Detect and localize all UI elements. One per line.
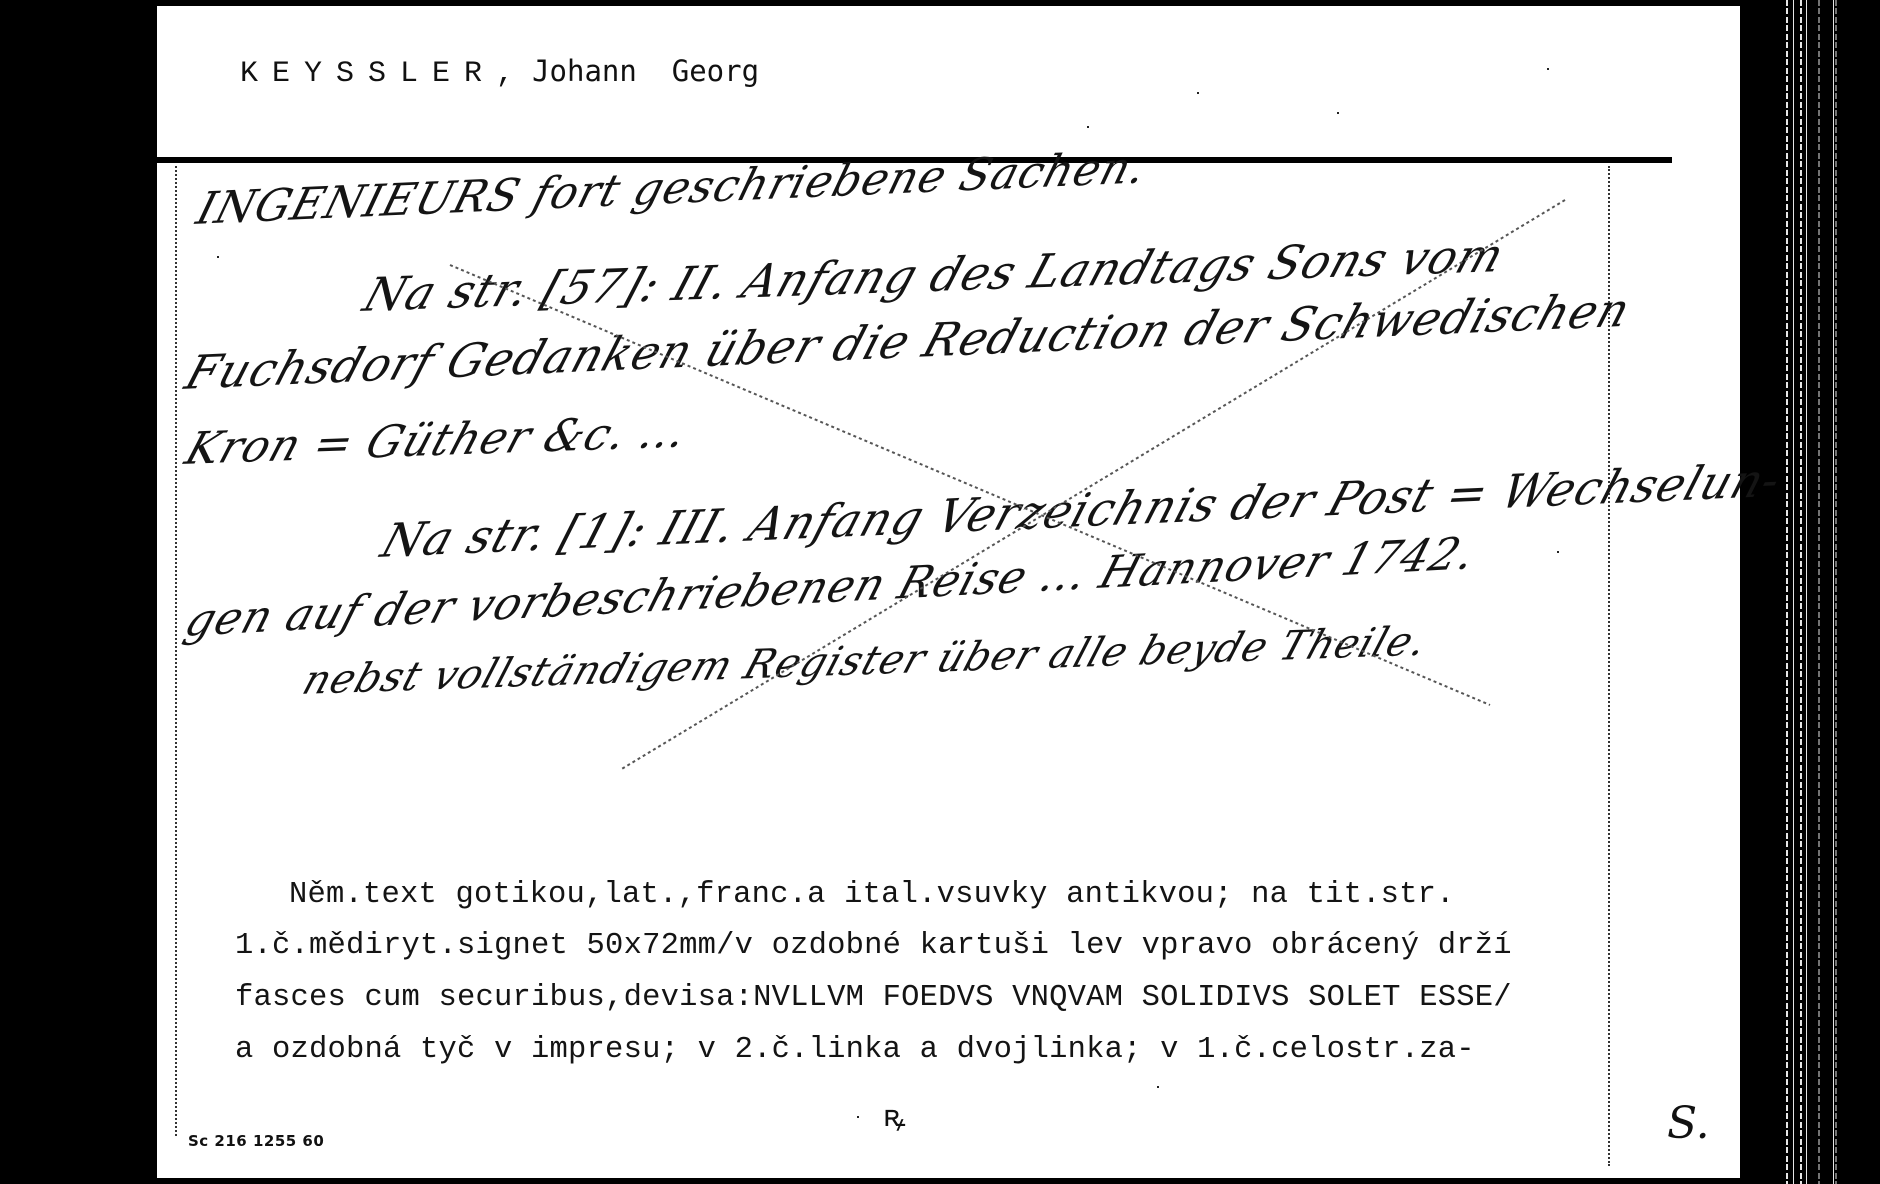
typed-description-line: fasces cum securibus,devisa:NVLLVM FOEDV… [235, 981, 1512, 1015]
scan-speck [1087, 126, 1089, 128]
author-heading: KEYSSLER, Johann Georg [240, 54, 759, 91]
initials-mark: S. [1667, 1098, 1710, 1149]
handwritten-line: INGENIEURS fort geschriebene Sachen. [191, 142, 1153, 235]
scan-speck [857, 1116, 859, 1118]
typed-description-line: Něm.text gotikou,lat.,franc.a ital.vsuvk… [289, 878, 1455, 912]
author-given-names: Johann Georg [532, 54, 759, 88]
print-code: Sc 216 1255 60 [188, 1132, 324, 1150]
scanner-stripe [1833, 0, 1834, 1184]
continuation-mark: ꝶ [883, 1094, 906, 1135]
scanner-stripe [1800, 0, 1802, 1184]
typed-description-line: 1.č.mědiryt.signet 50x72mm/v ozdobné kar… [235, 929, 1512, 963]
scanner-stripe [1835, 0, 1837, 1184]
scanner-stripe [1793, 0, 1794, 1184]
scan-speck [1337, 112, 1339, 114]
heading-separator: , [496, 57, 514, 91]
handwritten-line: Kron = Güther &c. ... [179, 406, 694, 475]
left-margin-line [175, 166, 177, 1136]
scanner-stripe [1806, 0, 1807, 1184]
scan-speck [1157, 1086, 1159, 1088]
scan-speck [1197, 92, 1199, 94]
scan-speck [1557, 551, 1559, 553]
scan-speck [1547, 68, 1549, 70]
scanner-stripe [1786, 0, 1788, 1184]
scanner-stripe [1818, 0, 1820, 1184]
author-surname: KEYSSLER [240, 57, 496, 91]
catalog-card: KEYSSLER, Johann Georg INGENIEURS fort g… [157, 6, 1740, 1178]
scan-speck [217, 256, 219, 258]
typed-description-line: a ozdobná tyč v impresu; v 2.č.linka a d… [235, 1033, 1475, 1067]
